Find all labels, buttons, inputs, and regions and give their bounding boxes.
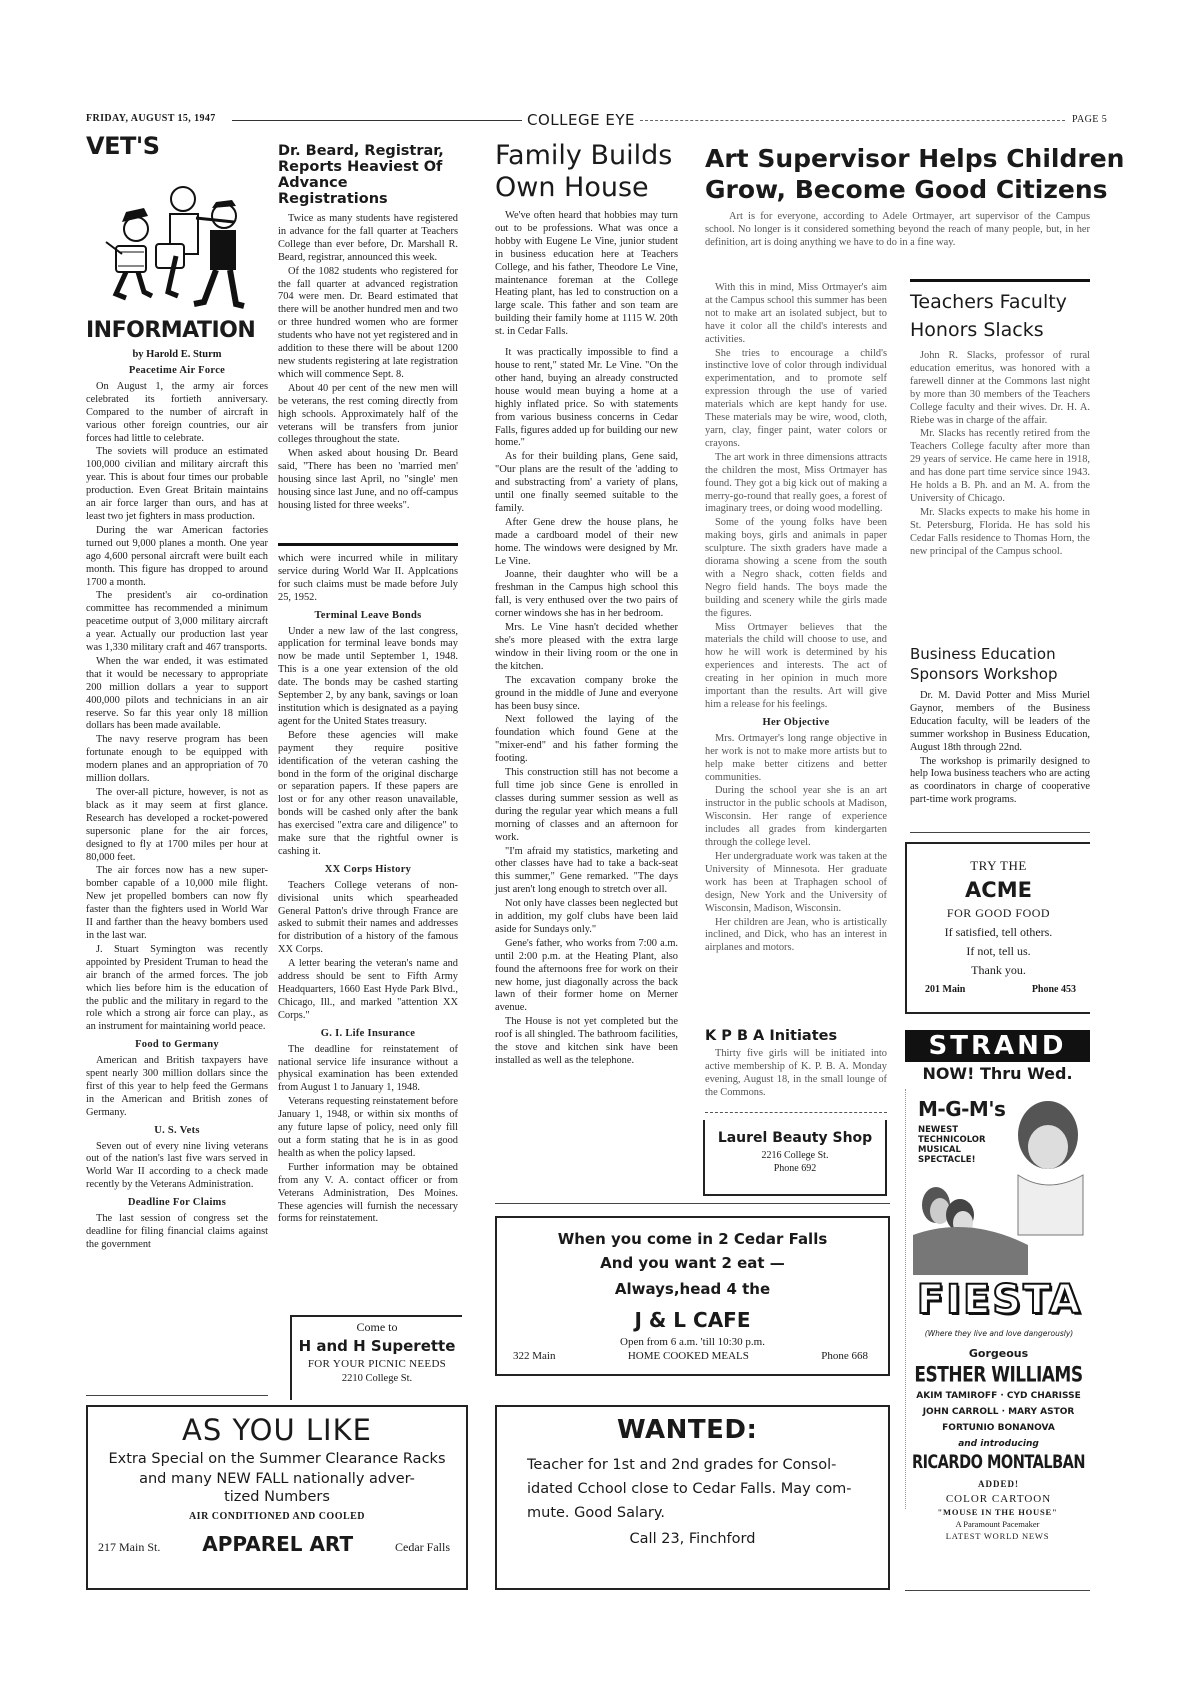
strand-gorgeous: Gorgeous (906, 1347, 1091, 1360)
family-headline-1: Family Builds (495, 140, 678, 172)
acme-try-the: TRY THE (907, 858, 1090, 874)
strand-cast-3: FORTUNIO BONANOVA (906, 1423, 1091, 1433)
apparel-art-ad: AS YOU LIKE Extra Special on the Summer … (86, 1405, 468, 1590)
paragraph: Mrs. Ortmayer's long range objective in … (705, 733, 887, 785)
laurel-phone: Phone 692 (705, 1163, 885, 1174)
acme-phone: Phone 453 (1032, 984, 1076, 995)
paragraph: Gene's father, who works from 7:00 a.m. … (495, 938, 678, 1015)
superette-picnic: FOR YOUR PICNIC NEEDS (292, 1358, 462, 1370)
laurel-beauty-ad: Laurel Beauty Shop 2216 College St. Phon… (703, 1120, 887, 1196)
masthead-rule-left (232, 120, 522, 121)
fife-and-drum-illustration (86, 164, 268, 314)
cafe-phone: Phone 668 (821, 1350, 868, 1362)
paragraph: When asked about housing Dr. Beard said,… (278, 448, 458, 513)
paragraph: A letter bearing the veteran's name and … (278, 958, 458, 1023)
cafe-line-3: Always,head 4 the (497, 1280, 888, 1298)
strand-cast-1: AKIM TAMIROFF · CYD CHARISSE (906, 1391, 1091, 1401)
strand-introducing: and introducing (906, 1439, 1091, 1449)
wanted-line-2: idated Cchool close to Cedar Falls. May … (527, 1481, 888, 1497)
wanted-contact: Call 23, Finchford (497, 1531, 888, 1547)
paragraph: John R. Slacks, professor of rural educa… (910, 350, 1090, 427)
paragraph: Teachers College veterans of non-divisio… (278, 880, 458, 957)
strand-tagline: (Where they live and love dangerously) (910, 1329, 1088, 1338)
strand-theater-ad: STRAND NOW! Thru Wed. M-G-M's NEWEST TEC… (905, 1030, 1090, 1550)
section-heading: XX Corps History (278, 864, 458, 877)
paragraph: American and British taxpayers have spen… (86, 1055, 268, 1120)
paragraph: Mr. Slacks has recently retired from the… (910, 428, 1090, 505)
paragraph: "I'm afraid my statistics, marketing and… (495, 846, 678, 898)
paragraph: Mrs. Le Vine hasn't decided whether she'… (495, 622, 678, 674)
section-heading: G. I. Life Insurance (278, 1028, 458, 1041)
paragraph: We've often heard that hobbies may turn … (495, 210, 678, 339)
paragraph: With this in mind, Miss Ortmayer's aim a… (705, 282, 887, 347)
business-bottom-rule (910, 832, 1090, 833)
superette-name: H and H Superette (292, 1337, 462, 1355)
column-5-top-rule (910, 279, 1090, 282)
paragraph: After Gene drew the house plans, he made… (495, 517, 678, 569)
wanted-ad: WANTED: Teacher for 1st and 2nd grades f… (495, 1405, 890, 1590)
paragraph: On August 1, the army air forces celebra… (86, 381, 268, 446)
apparel-air-conditioned: AIR CONDITIONED AND COOLED (88, 1511, 466, 1522)
paragraph: During the war American factories turned… (86, 525, 268, 590)
movie-couple-illustration (908, 1095, 1088, 1275)
acme-ad: TRY THE ACME FOR GOOD FOOD If satisfied,… (905, 842, 1090, 1014)
paragraph: She tries to encourage a child's instinc… (705, 348, 887, 451)
paragraph: When the war ended, it was estimated tha… (86, 656, 268, 733)
paragraph: Seven out of every nine living veterans … (86, 1141, 268, 1193)
section-heading: Food to Germany (86, 1039, 268, 1052)
paragraph: Next followed the laying of the foundati… (495, 714, 678, 766)
paragraph: which were incurred while in military se… (278, 553, 458, 605)
paragraph: The last session of congress set the dea… (86, 1213, 268, 1252)
paragraph: Some of the young folks have been making… (705, 517, 887, 620)
paragraph: The navy reserve program has been fortun… (86, 734, 268, 786)
column-2-divider (278, 543, 458, 546)
kpba-bottom-rule (705, 1112, 887, 1113)
vets-title-information: INFORMATION (86, 318, 268, 343)
beard-article: Dr. Beard, Registrar, Reports Heaviest O… (278, 143, 458, 514)
apparel-footer: 217 Main St. APPAREL ART Cedar Falls (88, 1522, 466, 1556)
cafe-hours: Open from 6 a.m. 'till 10:30 p.m. (497, 1336, 888, 1348)
section-heading: U. S. Vets (86, 1125, 268, 1138)
kpba-article: K P B A Initiates Thirty five girls will… (705, 1028, 887, 1101)
paragraph: Dr. M. David Potter and Miss Muriel Gayn… (910, 690, 1090, 755)
beard-headline: Dr. Beard, Registrar, Reports Heaviest O… (278, 143, 458, 207)
cafe-top-rule (495, 1203, 890, 1204)
apparel-title: AS YOU LIKE (88, 1413, 466, 1447)
strand-star: ESTHER WILLIAMS (906, 1363, 1091, 1388)
section-heading: Peacetime Air Force (86, 365, 268, 378)
paragraph: Her undergraduate work was taken at the … (705, 851, 887, 916)
strand-cartoon: COLOR CARTOON (906, 1493, 1091, 1505)
paragraph: The deadline for reinstatement of nation… (278, 1044, 458, 1096)
paragraph: Miss Ortmayer believes that the material… (705, 622, 887, 712)
paragraph: Art is for everyone, according to Adele … (705, 211, 1090, 250)
strand-theater-name: STRAND (905, 1030, 1090, 1062)
paragraph: The over-all picture, however, is not as… (86, 787, 268, 864)
section-heading: Her Objective (705, 717, 887, 730)
business-headline-2: Sponsors Workshop (910, 664, 1090, 684)
superette-address: 2210 College St. (292, 1373, 462, 1384)
paragraph: It was practically impossible to find a … (495, 347, 678, 450)
paragraph: Before these agencies will make payment … (278, 730, 458, 859)
paragraph: The excavation company broke the ground … (495, 675, 678, 714)
slacks-headline-1: Teachers Faculty (910, 288, 1090, 316)
strand-paramount: A Paramount Pacemaker (905, 1519, 1090, 1529)
laurel-address: 2216 College St. (705, 1150, 885, 1161)
family-article: Family Builds Own House We've often hear… (495, 140, 678, 1069)
acme-footer: 201 Main Phone 453 (907, 978, 1090, 995)
acme-good-food: FOR GOOD FOOD (907, 906, 1090, 921)
art-headline-2: Grow, Become Good Citizens (705, 174, 1090, 205)
wanted-line-3: mute. Good Salary. (527, 1505, 888, 1521)
cafe-name: J & L CAFE (497, 1308, 888, 1332)
paragraph: As for their building plans, Gene said, … (495, 451, 678, 516)
acme-satisfied: If satisfied, tell others. (907, 925, 1090, 940)
strand-bottom-rule (905, 1590, 1090, 1591)
apparel-line-3: tized Numbers (88, 1489, 466, 1505)
section-heading: Deadline For Claims (86, 1197, 268, 1210)
art-article: Art Supervisor Helps Children Grow, Beco… (705, 143, 1090, 251)
laurel-name: Laurel Beauty Shop (705, 1130, 885, 1146)
paragraph: This construction still has not become a… (495, 767, 678, 844)
paragraph: The soviets will produce an estimated 10… (86, 446, 268, 523)
kpba-headline: K P B A Initiates (705, 1028, 887, 1044)
vets-info-column: VET'S INFORMATION by Harold E. Sturm Pe (86, 132, 268, 1253)
strand-poster: M-G-M's NEWEST TECHNICOLOR MUSICAL SPECT… (905, 1089, 1090, 1509)
vets-byline: by Harold E. Sturm (86, 349, 268, 360)
paragraph: Twice as many students have registered i… (278, 213, 458, 265)
wanted-title: WANTED: (617, 1415, 888, 1445)
slacks-article: Teachers Faculty Honors Slacks John R. S… (910, 288, 1090, 560)
superette-come-to: Come to (292, 1320, 462, 1335)
superette-ad: Come to H and H Superette FOR YOUR PICNI… (290, 1315, 462, 1400)
apparel-line-2: and many NEW FALL nationally adver- (88, 1471, 466, 1487)
cafe-address: 322 Main (513, 1350, 555, 1362)
apparel-line-1: Extra Special on the Summer Clearance Ra… (88, 1451, 466, 1467)
vets-title: VET'S (86, 132, 268, 160)
paragraph: The art work in three dimensions attract… (705, 452, 887, 517)
masthead-paper-name: COLLEGE EYE (527, 111, 635, 129)
paragraph: About 40 per cent of the new men will be… (278, 383, 458, 448)
business-article: Business Education Sponsors Workshop Dr.… (910, 644, 1090, 808)
business-headline-1: Business Education (910, 644, 1090, 664)
cafe-footer: 322 Main HOME COOKED MEALS Phone 668 (497, 1348, 888, 1362)
paragraph: The president's air co-ordination commit… (86, 590, 268, 655)
strand-new-star: RICARDO MONTALBAN (906, 1453, 1091, 1474)
apparel-address: 217 Main St. (98, 1540, 160, 1555)
acme-thank-you: Thank you. (907, 963, 1090, 978)
paragraph: Joanne, their daughter who will be a fre… (495, 569, 678, 621)
paragraph: Her children are Jean, who is artistical… (705, 917, 887, 956)
paragraph: Mr. Slacks expects to make his home in S… (910, 507, 1090, 559)
strand-added: ADDED! (906, 1479, 1091, 1489)
apparel-city: Cedar Falls (395, 1540, 450, 1555)
strand-movie-title: FIESTA (912, 1277, 1087, 1323)
paragraph: J. Stuart Symington was recently appoint… (86, 944, 268, 1034)
paragraph: Not only have classes been neglected but… (495, 898, 678, 937)
acme-name: ACME (907, 878, 1090, 902)
vets-section-peacetime-air-force: Peacetime Air Force On August 1, the arm… (86, 365, 268, 1252)
paragraph: The workshop is primarily designed to he… (910, 756, 1090, 808)
cafe-line-1: When you come in 2 Cedar Falls (497, 1230, 888, 1248)
cafe-tagline: HOME COOKED MEALS (628, 1350, 749, 1362)
jl-cafe-ad: When you come in 2 Cedar Falls And you w… (495, 1216, 890, 1376)
paragraph: During the school year she is an art ins… (705, 785, 887, 850)
art-lead: Art is for everyone, according to Adele … (705, 211, 1090, 250)
paragraph: Veterans requesting reinstatement before… (278, 1096, 458, 1161)
family-headline-2: Own House (495, 172, 678, 204)
cafe-line-2: And you want 2 eat — (497, 1254, 888, 1272)
masthead-rule-right (640, 120, 1065, 121)
apparel-name: APPAREL ART (202, 1532, 353, 1556)
masthead-page: PAGE 5 (1072, 114, 1107, 125)
slacks-headline-2: Honors Slacks (910, 316, 1090, 344)
paragraph: Thirty five girls will be initiated into… (705, 1048, 887, 1100)
column-1-bottom-rule (86, 1395, 268, 1396)
vets-continued: which were incurred while in military se… (278, 553, 458, 1227)
paragraph: Further information may be obtained from… (278, 1162, 458, 1227)
acme-address: 201 Main (925, 984, 965, 995)
art-headline-1: Art Supervisor Helps Children (705, 143, 1090, 174)
section-heading: Terminal Leave Bonds (278, 610, 458, 623)
acme-not-tell-us: If not, tell us. (907, 944, 1090, 959)
masthead-date: FRIDAY, AUGUST 15, 1947 (86, 113, 216, 124)
paragraph: The air forces now has a new super-bombe… (86, 865, 268, 942)
paragraph: The House is not yet completed but the r… (495, 1016, 678, 1068)
strand-showing: NOW! Thru Wed. (905, 1064, 1090, 1083)
paragraph: Under a new law of the last congress, ap… (278, 626, 458, 729)
art-body: With this in mind, Miss Ortmayer's aim a… (705, 282, 887, 956)
paragraph: Of the 1082 students who registered for … (278, 266, 458, 382)
strand-news: LATEST WORLD NEWS (905, 1531, 1090, 1541)
wanted-line-1: Teacher for 1st and 2nd grades for Conso… (527, 1457, 888, 1473)
strand-cast-2: JOHN CARROLL · MARY ASTOR (906, 1407, 1091, 1417)
